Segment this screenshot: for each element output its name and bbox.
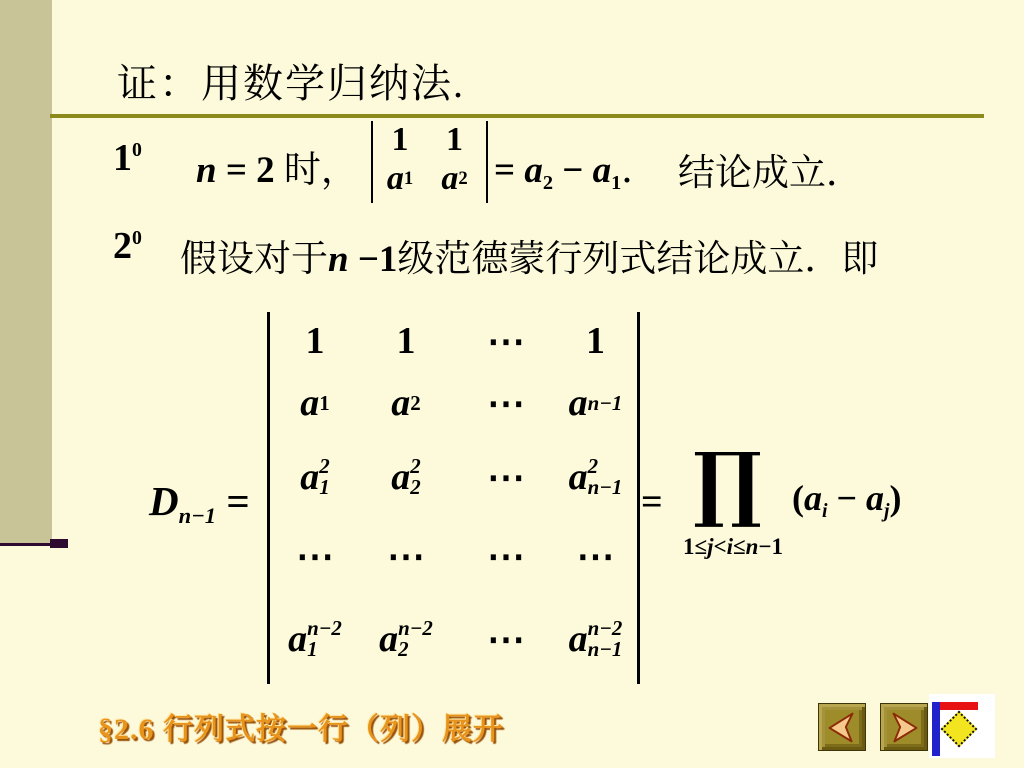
presentation-slide: 证：用数学归纳法. 10 n = 2 时， 1 1 a1 a2 = a2 − a…: [0, 0, 1024, 768]
matrix-cell: ⋯: [452, 518, 560, 594]
right-arrow-icon: [881, 704, 927, 750]
corner-diamond-icon: [929, 694, 995, 758]
slide-title: 证：用数学归纳法.: [117, 52, 465, 109]
product-symbol: ∏: [693, 442, 762, 524]
title-rule: [50, 114, 984, 118]
previous-slide-button[interactable]: [818, 703, 866, 751]
matrix-cell: a2: [360, 370, 452, 436]
matrix-cell: an−22: [360, 594, 452, 684]
matrix-cell: an−2n−1: [560, 594, 631, 684]
case2-text: 假设对于n −1级范德蒙行列式结论成立．即: [180, 228, 878, 282]
matrix-cell: ⋯: [360, 518, 452, 594]
determinant-lhs: Dn−1 =: [149, 477, 250, 529]
matrix-cell: a22: [360, 436, 452, 518]
matrix-cell: 1: [560, 312, 631, 370]
matrix-cell: ⋯: [560, 518, 631, 594]
det-cell: 1: [427, 121, 482, 158]
left-arrow-icon: [819, 704, 865, 750]
matrix-cell: an−21: [270, 594, 360, 684]
equals-sign: =: [641, 480, 663, 524]
vandermonde-matrix: 1 1 ⋯ 1 a1 a2 ⋯ an−1 a21 a22 ⋯ a2n−1 ⋯ ⋯…: [267, 312, 640, 684]
case1-label: 10: [113, 136, 142, 180]
matrix-cell: 1: [270, 312, 360, 370]
det-cell: a2: [427, 158, 482, 199]
det-cell: 1: [373, 121, 427, 158]
matrix-cell: an−1: [560, 370, 631, 436]
matrix-cell: a2n−1: [560, 436, 631, 518]
matrix-cell: ⋯: [270, 518, 360, 594]
case1-result: = a2 − a1．: [494, 139, 658, 195]
blue-bar: [932, 702, 940, 756]
case2-label: 20: [113, 224, 142, 268]
matrix-cell: ⋯: [452, 594, 560, 684]
matrix-cell: a21: [270, 436, 360, 518]
matrix-cell: ⋯: [452, 370, 560, 436]
det-cell: a1: [373, 158, 427, 199]
matrix-cell: a1: [270, 370, 360, 436]
case1-determinant: 1 1 a1 a2: [371, 121, 488, 203]
product-limits: 1≤j<i≤n−1: [660, 534, 806, 560]
case1-conclusion: 结论成立．: [678, 142, 863, 196]
accent-bar-thick: [50, 539, 68, 548]
next-slide-button[interactable]: [880, 703, 928, 751]
case1-intro: n = 2 时，: [196, 139, 358, 193]
matrix-cell: ⋯: [452, 436, 560, 518]
diamond-shape: [941, 711, 978, 748]
matrix-cell: 1: [360, 312, 452, 370]
section-title: §2.6 行列式按一行（列）展开: [98, 704, 504, 748]
accent-bar-thin: [0, 543, 52, 546]
left-sidebar-decoration: [0, 0, 52, 544]
product-factor: (ai − aj): [792, 477, 902, 523]
matrix-cell: ⋯: [452, 312, 560, 370]
